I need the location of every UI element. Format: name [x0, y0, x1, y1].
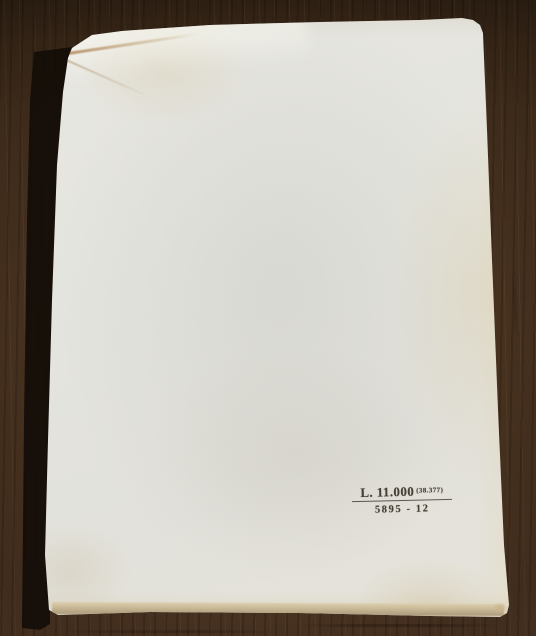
- catalog-code: 5895 - 12: [350, 503, 454, 516]
- book-back-cover: L. 11.000(38.377) 5895 - 12: [0, 0, 536, 636]
- corner-wear-mark: [492, 602, 508, 614]
- price-stamp: L. 11.000(38.377) 5895 - 12: [350, 483, 455, 516]
- cover-stains: [0, 0, 536, 636]
- wood-grain-streak: [60, 630, 280, 633]
- price-line: L. 11.000(38.377): [350, 483, 454, 500]
- price-value: L. 11.000: [360, 484, 414, 500]
- wood-grain-streak: [512, 266, 517, 336]
- wood-grain-streak: [300, 624, 500, 627]
- book-photo: L. 11.000(38.377) 5895 - 12: [0, 0, 536, 636]
- price-note: (38.377): [416, 486, 443, 495]
